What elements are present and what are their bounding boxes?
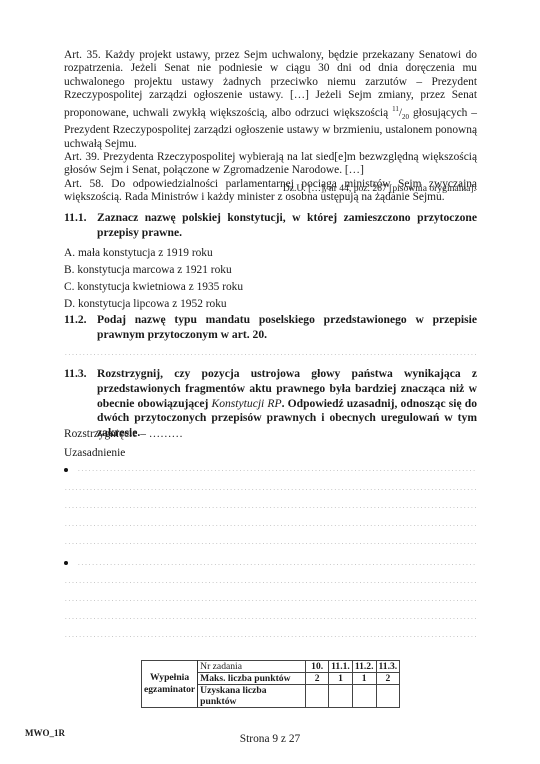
- option-a[interactable]: A. mała konstytucja z 1919 roku: [64, 246, 213, 260]
- task-number: 11.1.: [329, 661, 353, 673]
- answer-line-11-2[interactable]: [64, 354, 476, 355]
- task-number: 11.3.: [376, 661, 400, 673]
- earned-points[interactable]: [306, 685, 329, 708]
- article-35: Art. 35. Każdy projekt ustawy, przez Sej…: [64, 49, 477, 151]
- answer-line[interactable]: [77, 564, 476, 565]
- question-11-2: 11.2.Podaj nazwę typu mandatu poselskieg…: [64, 313, 477, 343]
- row-label-max: Maks. liczba punktów: [198, 673, 306, 685]
- task-number: 10.: [306, 661, 329, 673]
- answer-line[interactable]: [64, 618, 476, 619]
- page-number: Strona 9 z 27: [0, 733, 540, 745]
- answer-line[interactable]: [64, 636, 476, 637]
- task-number: 11.2.: [352, 661, 376, 673]
- row-label-earned: Uzyskana liczba punktów: [198, 685, 306, 708]
- question-number: 11.2.: [64, 313, 97, 328]
- row-label-task: Nr zadania: [198, 661, 306, 673]
- citation: Dz.U. […], nr 44, poz. 267 [pisownia ory…: [283, 183, 476, 195]
- justification-label: Uzasadnienie: [64, 446, 125, 460]
- earned-points[interactable]: [352, 685, 376, 708]
- question-number: 11.1.: [64, 211, 97, 226]
- answer-line[interactable]: [64, 507, 476, 508]
- bullet-icon: [64, 468, 68, 472]
- question-text: Zaznacz nazwę polskiej konstytucji, w kt…: [97, 211, 477, 239]
- question-11-1: 11.1.Zaznacz nazwę polskiej konstytucji,…: [64, 211, 477, 241]
- earned-points[interactable]: [329, 685, 353, 708]
- answer-line[interactable]: [64, 582, 476, 583]
- question-number: 11.3.: [64, 367, 97, 382]
- question-text: Podaj nazwę typu mandatu poselskiego prz…: [97, 313, 477, 341]
- answer-line[interactable]: [64, 489, 476, 490]
- max-points: 1: [352, 673, 376, 685]
- max-points: 2: [306, 673, 329, 685]
- decision-label[interactable]: Rozstrzygnięcie – ………: [64, 427, 183, 441]
- source-text: Art. 35. Każdy projekt ustawy, przez Sej…: [64, 49, 477, 205]
- article-39: Art. 39. Prezydenta Rzeczypospolitej wyb…: [64, 151, 477, 178]
- max-points: 2: [376, 673, 400, 685]
- option-b[interactable]: B. konstytucja marcowa z 1921 roku: [64, 263, 232, 277]
- answer-line[interactable]: [77, 470, 476, 471]
- option-d[interactable]: D. konstytucja lipcowa z 1952 roku: [64, 297, 227, 311]
- earned-points[interactable]: [376, 685, 400, 708]
- score-table: Wypełniaegzaminator Nr zadania 10. 11.1.…: [141, 660, 400, 708]
- answer-line[interactable]: [64, 525, 476, 526]
- answer-line[interactable]: [64, 543, 476, 544]
- examiner-cell: Wypełniaegzaminator: [142, 661, 198, 708]
- max-points: 1: [329, 673, 353, 685]
- answer-line[interactable]: [64, 600, 476, 601]
- bullet-icon: [64, 561, 68, 565]
- option-c[interactable]: C. konstytucja kwietniowa z 1935 roku: [64, 280, 243, 294]
